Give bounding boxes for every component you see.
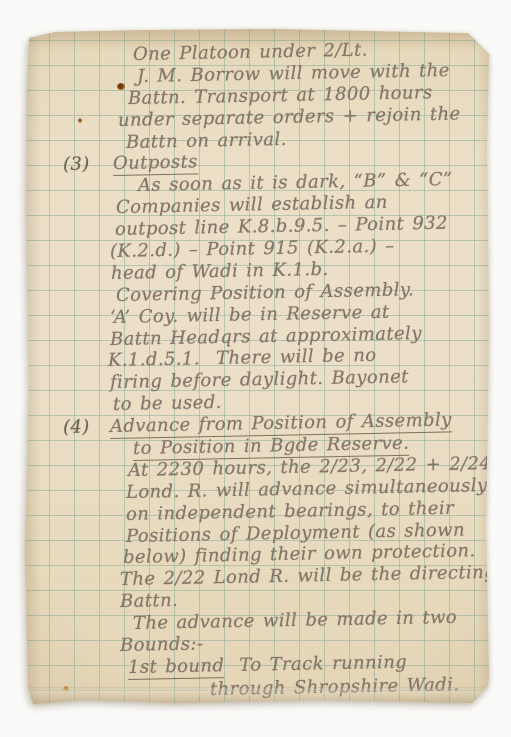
text-segment: To Track running (239, 652, 407, 676)
text-segment: through Shropshire Wadi. (210, 674, 460, 700)
item-number: (4) (63, 417, 90, 439)
text-segment: Battn. (120, 590, 179, 612)
underlined-heading-text: 1st bound (128, 655, 225, 680)
handwriting-lines: One Platoon under 2/Lt.J. M. Borrow will… (25, 44, 489, 701)
underlined-heading-text: Outposts (113, 152, 198, 177)
text-segment: to be used. (113, 392, 222, 415)
item-number: (3) (63, 154, 90, 176)
photo-background: One Platoon under 2/Lt.J. M. Borrow will… (0, 0, 511, 737)
text-segment: head of Wadi in K.1.b. (111, 259, 329, 284)
text-segment: Bounds:- (120, 633, 204, 656)
text-segment: Battn on arrival. (126, 128, 287, 152)
text-segment: One Platoon under 2/Lt. (133, 39, 368, 65)
notebook-page: One Platoon under 2/Lt.J. M. Borrow will… (25, 28, 489, 704)
notebook-page-wrap: One Platoon under 2/Lt.J. M. Borrow will… (25, 28, 489, 704)
